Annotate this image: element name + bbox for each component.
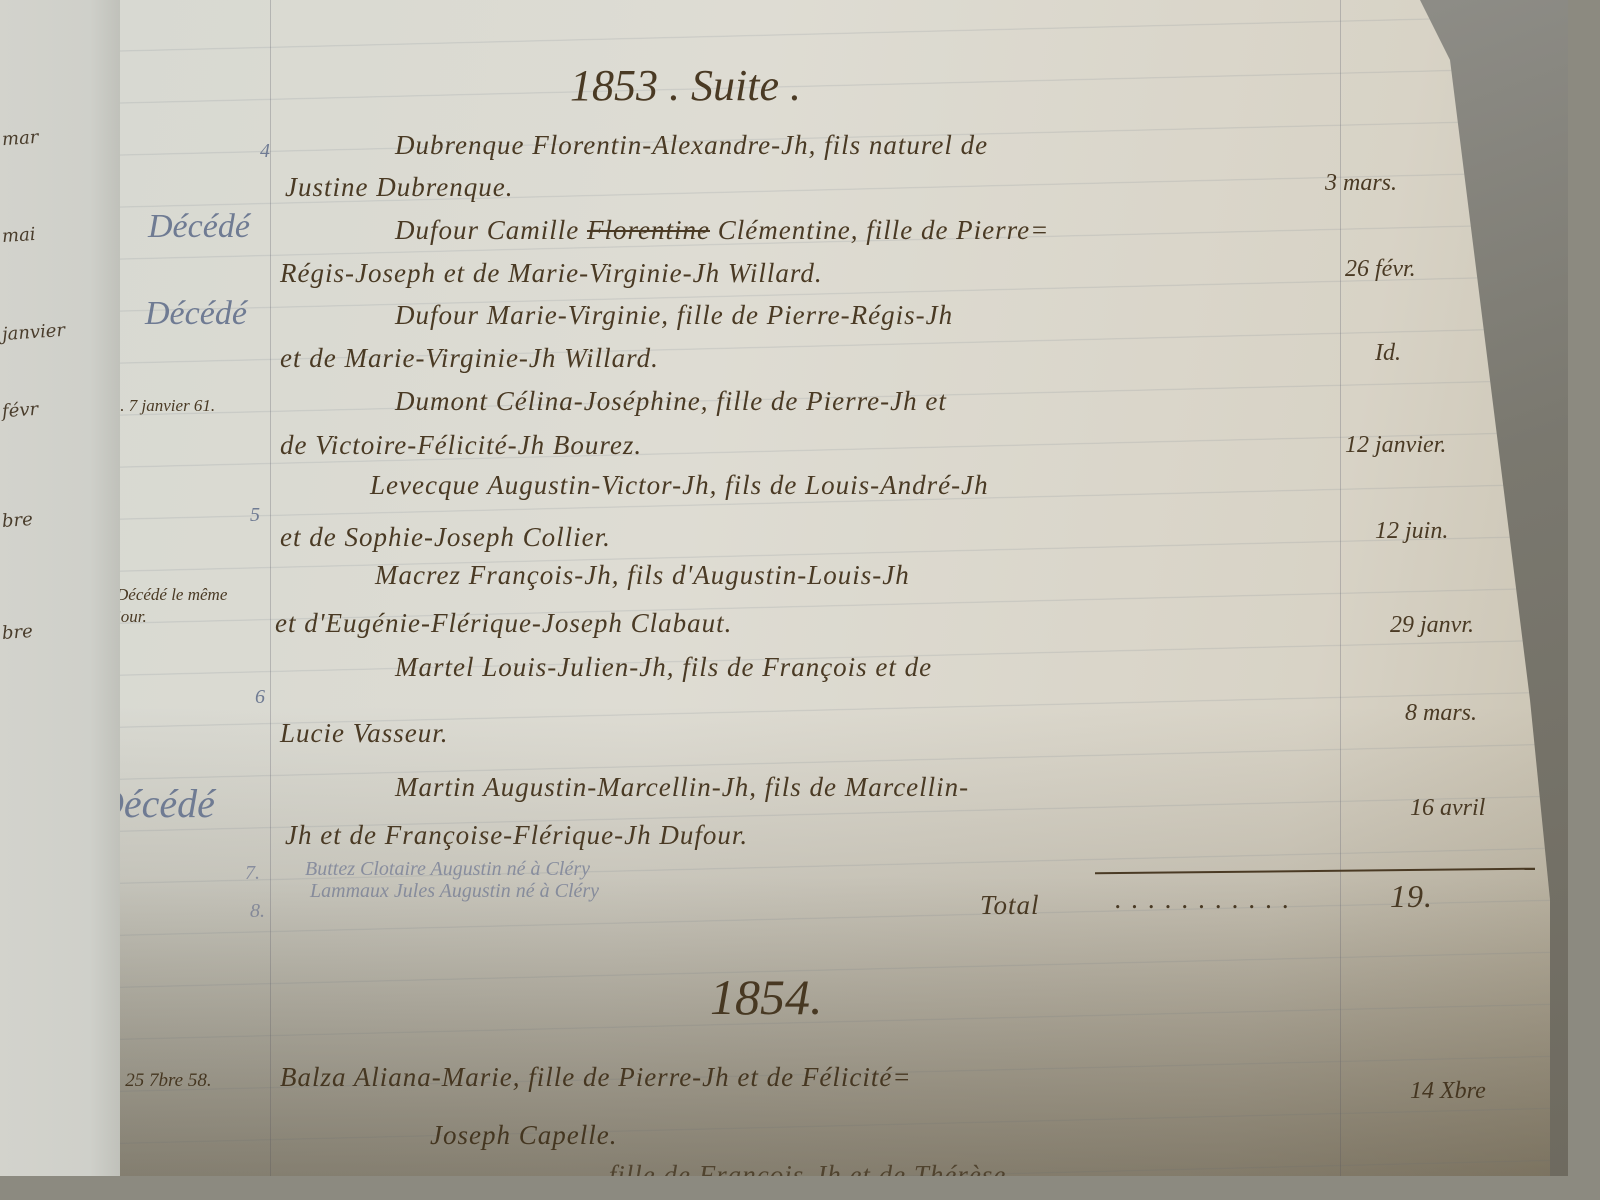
entry-date: 16 avril <box>1410 795 1485 822</box>
entry-line-1: Macrez François-Jh, fils d'Augustin-Loui… <box>375 560 910 591</box>
entry-date: Id. <box>1375 340 1401 367</box>
entry-line-1: Martin Augustin-Marcellin-Jh, fils de Ma… <box>395 772 969 803</box>
heading-label: Suite <box>691 61 779 110</box>
entry-line-2: Lucie Vasseur. <box>280 718 449 749</box>
struck-word: Florentine <box>587 215 710 245</box>
entry-date: 8 mars. <box>1405 700 1477 727</box>
deceased-note: Décédé <box>145 295 247 333</box>
entry-date: 14 Xbre <box>1410 1078 1486 1105</box>
left-margin-rule <box>270 0 271 1176</box>
entry-line-2: Jh et de Françoise-Flérique-Jh Dufour. <box>285 820 748 851</box>
deceased-note: Décédé <box>148 208 250 246</box>
entry-line-2: Joseph Capelle. <box>430 1120 617 1151</box>
entry-line-1: Martel Louis-Julien-Jh, fils de François… <box>395 652 932 683</box>
entry-line-1: Levecque Augustin-Victor-Jh, fils de Lou… <box>370 470 989 501</box>
margin-number: 6 <box>255 686 265 709</box>
section-year-heading: 1854. <box>710 968 823 1026</box>
entry-date: 26 févr. <box>1345 256 1416 283</box>
entry-line-1: Dubrenque Florentin-Alexandre-Jh, fils n… <box>395 130 988 161</box>
death-date-note: D. 7 janvier 61. <box>108 396 215 416</box>
entry-date: 3 mars. <box>1325 170 1397 197</box>
entry-line-1: Dufour Marie-Virginie, fille de Pierre-R… <box>395 300 953 331</box>
entry-line-2: de Victoire-Félicité-Jh Bourez. <box>280 430 642 461</box>
total-value: 19. <box>1390 878 1433 915</box>
entry-text: Clémentine, fille de Pierre= <box>718 215 1050 245</box>
margin-number: 4 <box>260 140 270 163</box>
pencil-number: 8. <box>250 900 265 923</box>
entry-line-2: et de Sophie-Joseph Collier. <box>280 522 611 553</box>
left-page-fragment: bre <box>1 621 33 644</box>
entry-line-2: Régis-Joseph et de Marie-Virginie-Jh Wil… <box>280 258 823 289</box>
pencil-entry-text: Lammaux Jules Augustin né à Cléry <box>310 880 599 903</box>
death-date-note: Décédé le même jour. <box>116 584 236 628</box>
entry-date: 29 janvr. <box>1390 612 1474 639</box>
entry-line-2: Justine Dubrenque. <box>285 172 513 203</box>
left-page-fragment: mai <box>1 224 36 247</box>
page-heading: 1853 . Suite . <box>570 60 801 111</box>
entry-line-2: et de Marie-Virginie-Jh Willard. <box>280 343 659 374</box>
pencil-number: 7. <box>245 862 260 885</box>
heading-year: 1853 <box>570 61 658 110</box>
entry-date: 12 janvier. <box>1345 432 1446 459</box>
entry-line-1: Dumont Célina-Joséphine, fille de Pierre… <box>395 386 947 417</box>
pencil-entry-text: Buttez Clotaire Augustin né à Cléry <box>305 858 590 881</box>
partial-entry-line: ..., fille de François-Jh et de Thérèse <box>570 1160 1006 1176</box>
left-page-fragment: févr <box>1 399 38 422</box>
entry-date: 12 juin. <box>1375 518 1448 545</box>
total-label: Total <box>980 890 1040 921</box>
left-page-fragment: bre <box>1 509 33 532</box>
entry-line-1: Balza Aliana-Marie, fille de Pierre-Jh e… <box>280 1062 912 1093</box>
left-page-fragment: mar <box>1 127 39 150</box>
left-facing-page: mar mai janvier févr bre bre <box>0 0 130 1176</box>
entry-given-name: Dufour Camille <box>395 215 579 245</box>
entry-line-2: et d'Eugénie-Flérique-Joseph Clabaut. <box>275 608 732 639</box>
left-page-fragment: janvier <box>1 320 65 345</box>
register-page: 1853 . Suite . 4 Dubrenque Florentin-Ale… <box>120 0 1550 1176</box>
total-leader-dots: ........... <box>1115 884 1299 915</box>
entry-line-1: Dufour Camille Florentine Clémentine, fi… <box>395 215 1049 246</box>
margin-number: 5 <box>250 504 260 527</box>
